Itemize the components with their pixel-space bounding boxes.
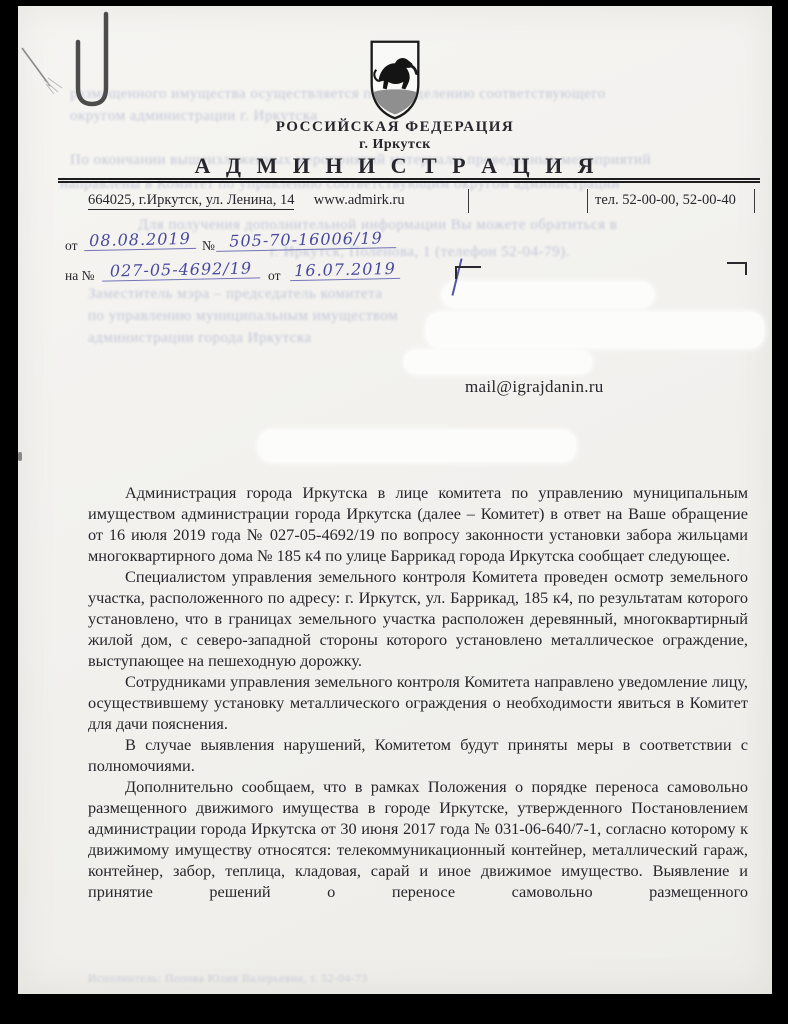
reply-number-handwritten: 027-05-4692/19 bbox=[102, 258, 260, 281]
outgoing-date-label: от bbox=[65, 238, 77, 254]
letterhead-country: РОССИЙСКАЯ ФЕДЕРАЦИЯ bbox=[18, 119, 772, 136]
phone-numbers: тел. 52-00-00, 52-00-40 bbox=[595, 192, 736, 209]
addressee-corner-bracket-right bbox=[727, 262, 747, 275]
body-paragraph: Администрация города Иркутска в лице ком… bbox=[88, 482, 748, 566]
letterhead-city: г. Иркутск bbox=[18, 137, 772, 153]
address-divider-3 bbox=[754, 189, 755, 213]
outgoing-number-label: № bbox=[202, 238, 215, 254]
whiteout-redaction bbox=[442, 282, 654, 308]
body-paragraph: Специалистом управления земельного контр… bbox=[88, 566, 748, 671]
letter-body: Администрация города Иркутска в лице ком… bbox=[88, 482, 748, 902]
body-paragraph: Дополнительно сообщаем, что в рамках Пол… bbox=[88, 776, 748, 902]
addressee-corner-bracket-left bbox=[455, 266, 481, 279]
letterhead-org-title: А Д М И Н И С Т Р А Ц И Я bbox=[18, 153, 772, 179]
pen-scratch-mark bbox=[18, 42, 64, 102]
reply-date-handwritten: 16.07.2019 bbox=[290, 259, 400, 281]
recipient-email: mail@igrajdanin.ru bbox=[465, 377, 604, 397]
website-url: www.admirk.ru bbox=[314, 192, 405, 208]
whiteout-redaction bbox=[404, 350, 592, 374]
letterhead-address-line: 664025, г.Иркутск, ул. Ленина, 14 www.ad… bbox=[88, 192, 405, 209]
outgoing-date-handwritten: 08.08.2019 bbox=[84, 229, 196, 251]
bleed-through-signature-line: Заместитель мэра – председатель комитета bbox=[88, 286, 458, 303]
scanned-letter-screenshot: { "letterhead": { "emblem": "irkutsk-coa… bbox=[0, 0, 788, 1024]
emblem-wrapper bbox=[18, 38, 772, 127]
scanned-page: РОССИЙСКАЯ ФЕДЕРАЦИЯ г. Иркутск А Д М И … bbox=[18, 6, 772, 994]
address-divider-2 bbox=[587, 189, 588, 213]
reply-number-label: на № bbox=[65, 268, 94, 284]
irkutsk-coat-of-arms-icon bbox=[367, 38, 423, 122]
body-paragraph: В случае выявления нарушений, Комитетом … bbox=[88, 734, 748, 776]
bleed-through-footer-line: Исполнитель: Попова Юлия Валерьевна, т. … bbox=[88, 973, 428, 985]
address-divider-1 bbox=[468, 189, 469, 213]
paperclip-icon bbox=[68, 8, 114, 112]
bleed-through-signature-line: администрации города Иркутска bbox=[88, 330, 418, 347]
reply-date-label: от bbox=[268, 268, 280, 284]
header-double-rule bbox=[58, 178, 760, 183]
whiteout-redaction bbox=[258, 430, 576, 462]
postal-address: 664025, г.Иркутск, ул. Ленина, 14 bbox=[88, 192, 294, 210]
whiteout-redaction bbox=[426, 312, 764, 348]
outgoing-number-handwritten: 505-70-16006/19 bbox=[216, 228, 396, 252]
bleed-through-signature-line: по управлению муниципальным имуществом bbox=[88, 308, 458, 325]
body-paragraph: Сотрудниками управления земельного контр… bbox=[88, 671, 748, 734]
edge-smudge-mark bbox=[18, 452, 22, 461]
